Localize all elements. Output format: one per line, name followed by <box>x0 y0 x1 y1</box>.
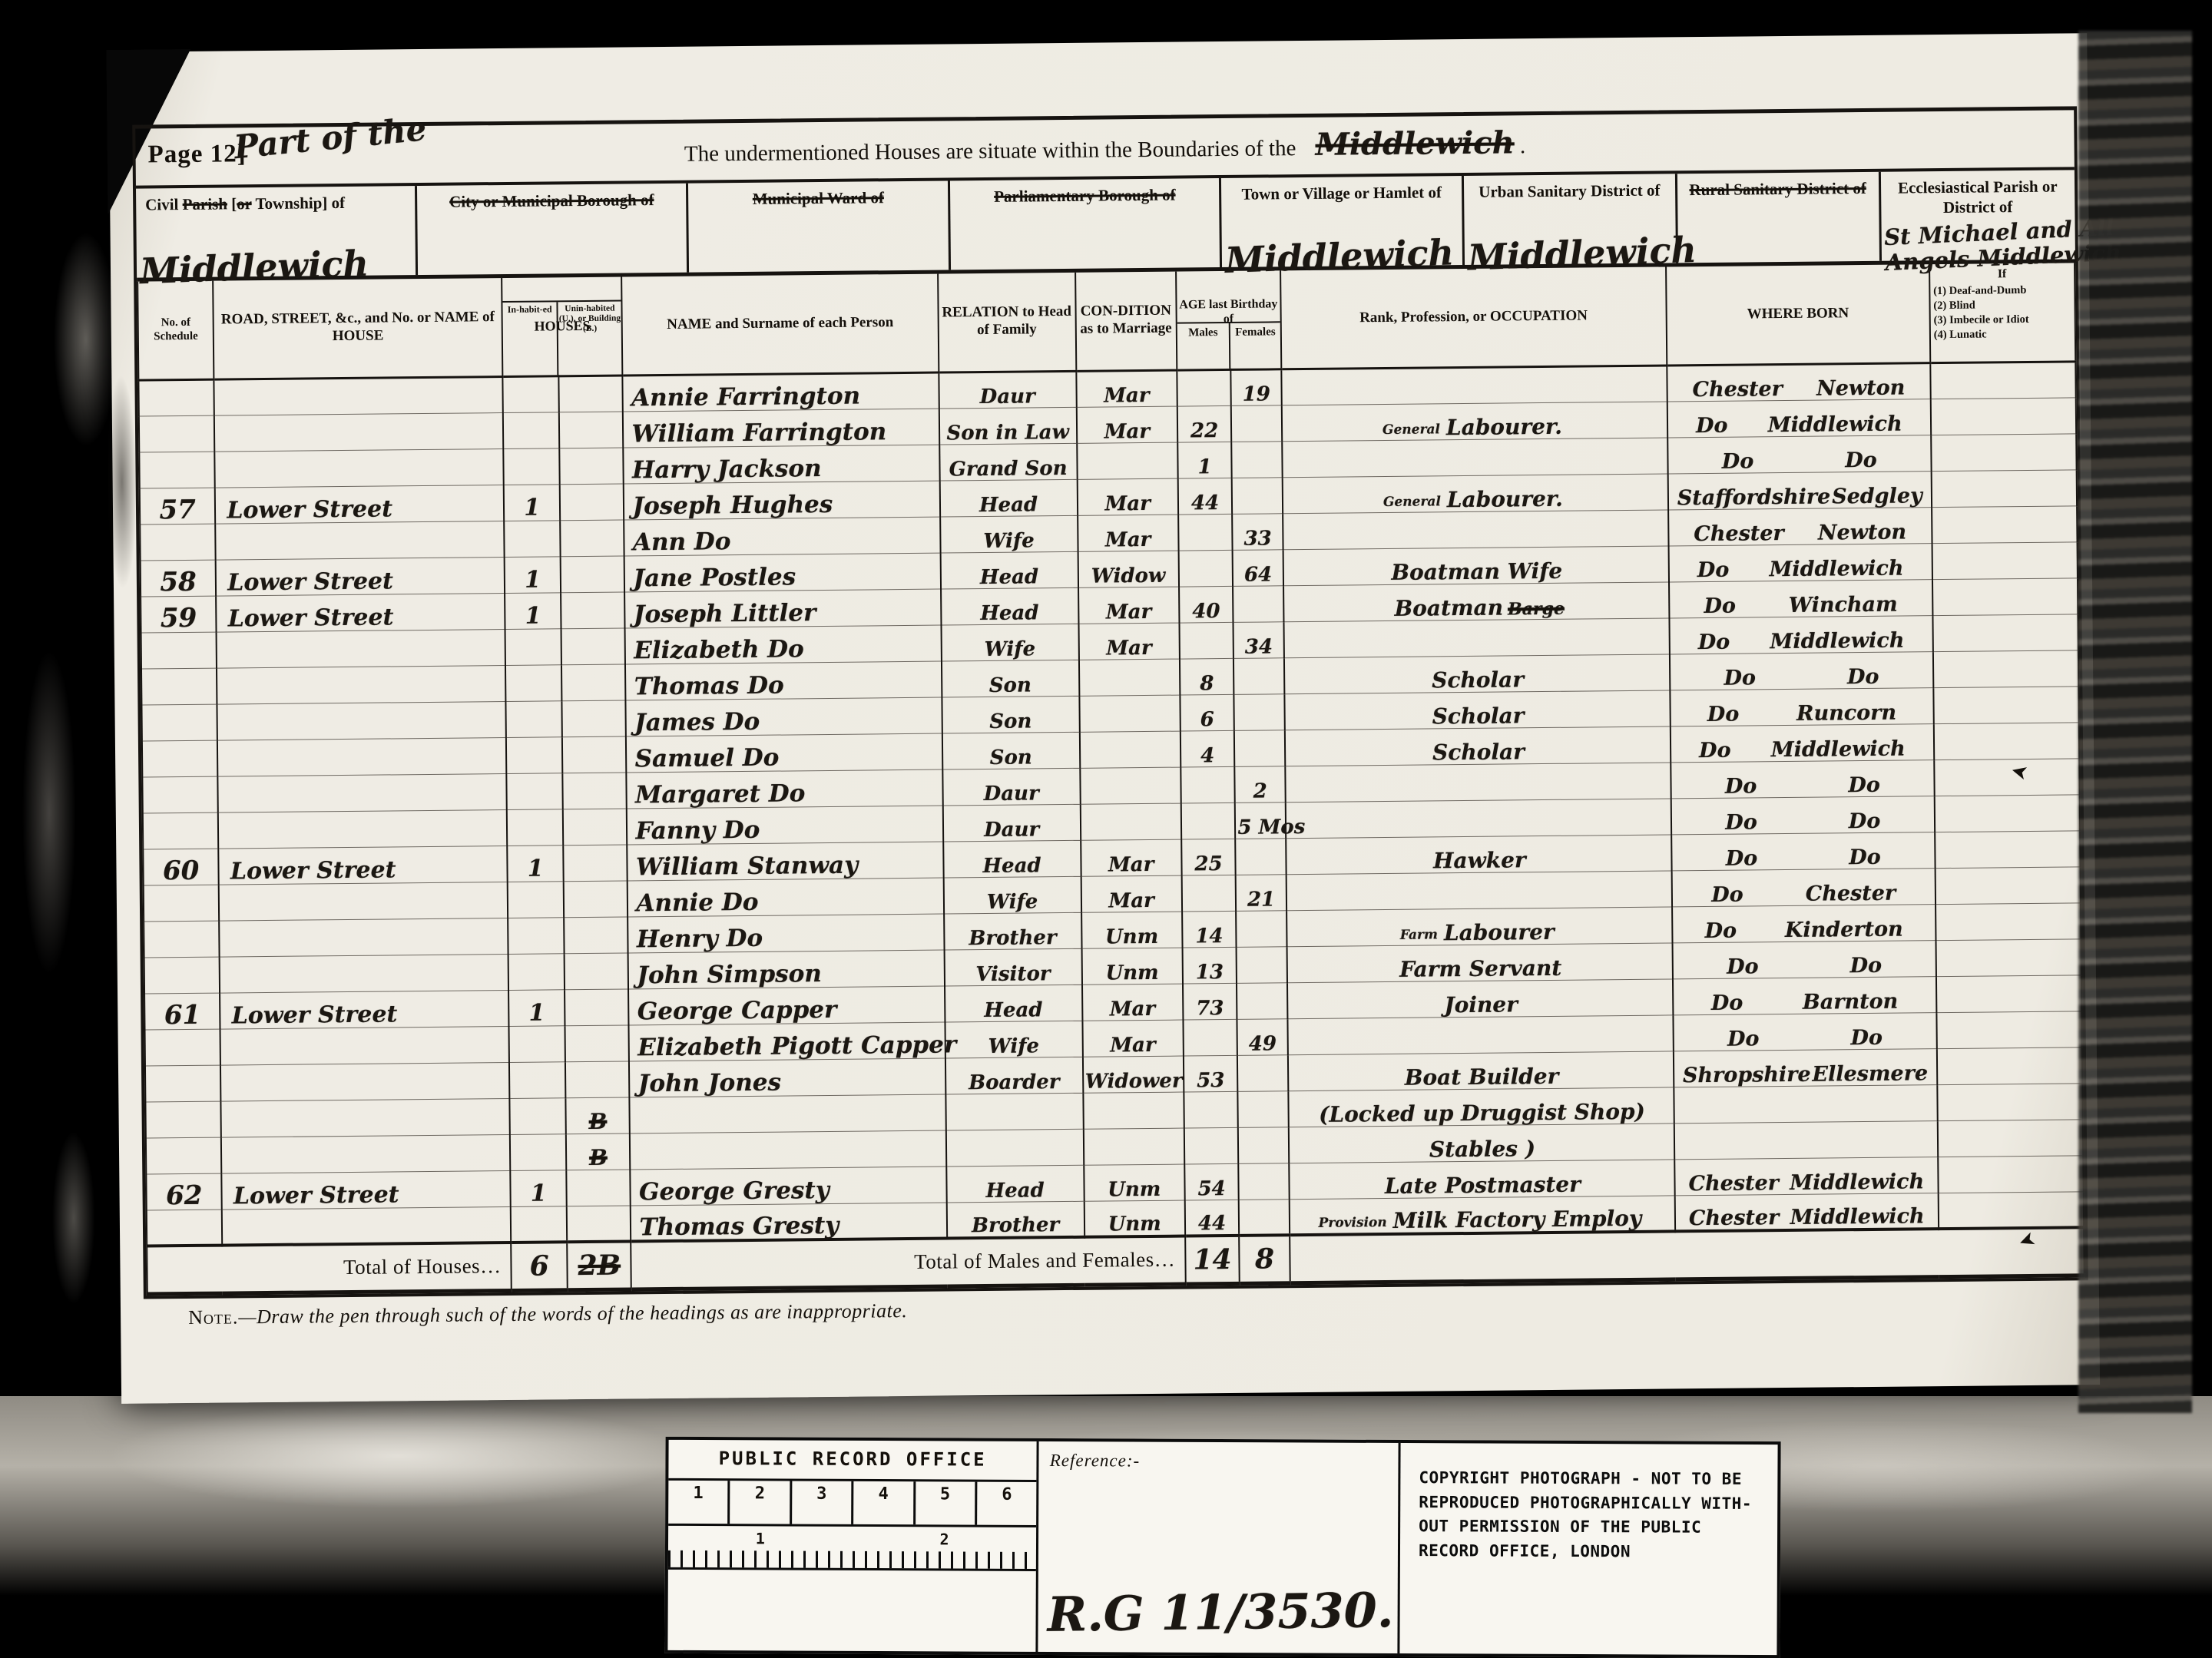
age-female-cell <box>1233 585 1283 622</box>
born-county: Do <box>1697 561 1730 581</box>
infirmities-cell <box>1930 361 2076 399</box>
road-street-cell <box>216 521 505 560</box>
totals-empty-cell <box>1290 1227 2085 1282</box>
occupation-cell: Late Postmaster <box>1289 1159 1674 1199</box>
where-born-cell: DoChester <box>1671 868 1935 906</box>
road-street-cell <box>220 954 508 993</box>
occupation-text: Labourer. <box>1447 486 1563 512</box>
born-county: Do <box>1699 741 1731 761</box>
road-street-cell <box>222 1206 511 1246</box>
schedule-number-cell: 57 <box>140 488 216 525</box>
schedule-number-cell <box>142 740 218 777</box>
uninhabited-cell <box>563 808 628 845</box>
born-county: Do <box>1698 633 1730 653</box>
uninhabited-cell <box>560 448 624 485</box>
infirmities-cell <box>1934 722 2080 760</box>
urban-sanitary-value: Middlewich <box>1467 233 1676 276</box>
occupation-text: Stables ) <box>1429 1136 1535 1162</box>
boundary-statement: The undermentioned Houses are situate wi… <box>135 119 2074 174</box>
road-street-cell <box>217 701 506 740</box>
occupation-text: Boatman <box>1394 594 1503 621</box>
age-female-cell <box>1233 657 1284 694</box>
ruler-number: 2 <box>939 1527 949 1553</box>
schedule-number-cell <box>141 632 217 669</box>
person-name-cell <box>630 1094 946 1133</box>
infirmities-cell <box>1932 614 2078 651</box>
scan-edge-right <box>2078 31 2192 1413</box>
road-street-cell <box>220 1026 509 1065</box>
relation-cell: Son <box>942 732 1079 769</box>
condition-cell: Unm <box>1084 1200 1185 1237</box>
ecclesiastical-parish-label: Ecclesiastical Parish or District of <box>1898 177 2058 217</box>
stamp-copyright-section: COPYRIGHT PHOTOGRAPH - NOT TO BE REPRODU… <box>1399 1443 1777 1655</box>
census-scan-page: { "header": { "page_label": "Page 12]", … <box>0 0 2212 1658</box>
public-record-office-title: PUBLIC RECORD OFFICE <box>668 1448 1036 1471</box>
road-street-cell <box>214 376 503 415</box>
age-male-cell <box>1178 550 1233 587</box>
census-form: Page 12] Part of the The undermentioned … <box>132 106 2088 1299</box>
born-place: Do <box>1848 776 1880 796</box>
urban-sanitary-label: Urban Sanitary District of <box>1479 181 1660 201</box>
person-name-cell: Henry Do <box>628 914 945 953</box>
infirmities-cell <box>1938 1119 2084 1157</box>
occupation-text: Scholar <box>1432 739 1525 765</box>
females-subheader: Females <box>1230 323 1280 368</box>
occupation-cell: Boat Builder <box>1288 1051 1674 1090</box>
occupation-cell: GeneralLabourer. <box>1283 473 1668 513</box>
town-village-value: Middlewich <box>1225 234 1463 278</box>
inhabited-cell <box>506 773 563 809</box>
ruler-number: 6 <box>977 1482 1037 1525</box>
inhabited-cell <box>508 917 565 954</box>
inhabited-cell <box>502 376 559 412</box>
person-name-cell: Ann Do <box>624 517 941 556</box>
infirmities-cell <box>1938 1155 2084 1193</box>
age-female-cell <box>1239 1199 1290 1236</box>
born-county: Chester <box>1692 379 1783 400</box>
uninhabited-cell <box>563 844 628 881</box>
born-county: Do <box>1711 993 1743 1013</box>
schedule-number-cell <box>142 776 218 813</box>
occupation-cell <box>1287 1014 1673 1054</box>
relation-cell: Wife <box>943 876 1081 914</box>
town-village-cell: Town or Village or Hamlet of Middlewich <box>1221 176 1465 267</box>
uninhabited-cell <box>564 880 628 917</box>
age-female-cell <box>1236 910 1286 947</box>
born-place: Do <box>1845 451 1877 471</box>
municipal-ward-label: Municipal Ward of <box>753 188 884 208</box>
ruler-number: 1 <box>756 1526 765 1552</box>
occupation-prefix: General <box>1382 422 1440 438</box>
ruler-inch-labels: 12 <box>668 1526 1036 1554</box>
inhabited-cell <box>510 1133 567 1170</box>
road-street-cell: Lower Street <box>219 846 508 885</box>
infirmities-cell <box>1931 397 2077 435</box>
occupation-cell <box>1286 798 1671 838</box>
footnote-text: —Draw the pen through such of the words … <box>238 1299 907 1328</box>
copyright-notice: COPYRIGHT PHOTOGRAPH - NOT TO BE REPRODU… <box>1419 1466 1767 1564</box>
occupation-cell: Scholar <box>1284 654 1670 693</box>
total-males-value: 14 <box>1185 1236 1240 1284</box>
relation-cell: Brother <box>946 1201 1084 1239</box>
inhabited-cell: 1 <box>505 592 561 629</box>
age-male-cell <box>1183 1019 1237 1056</box>
age-male-cell: 73 <box>1183 983 1237 1020</box>
condition-cell: Mar <box>1076 406 1177 443</box>
age-female-cell <box>1238 1127 1289 1163</box>
age-female-cell: 5 Mos <box>1235 802 1286 839</box>
condition-cell: Mar <box>1081 875 1182 912</box>
inhabited-cell <box>509 1025 566 1062</box>
uninhabited-cell <box>567 1169 631 1206</box>
condition-cell: Unm <box>1084 1164 1185 1201</box>
born-county: Do <box>1704 596 1736 616</box>
age-female-cell <box>1237 1054 1288 1091</box>
born-county: Do <box>1727 1029 1760 1049</box>
where-born-cell: DoWincham <box>1669 579 1932 617</box>
inhabited-cell <box>508 953 565 990</box>
condition-cell <box>1083 1092 1184 1129</box>
person-name-cell: John Jones <box>629 1058 945 1097</box>
road-street-cell <box>219 918 508 957</box>
schedule-number-cell: 58 <box>141 560 217 597</box>
uninhabited-cell <box>561 628 626 665</box>
age-male-cell: 8 <box>1180 658 1234 695</box>
born-county: Shropshire <box>1683 1065 1811 1086</box>
infirmities-cell <box>1936 938 2081 976</box>
relation-cell: Head <box>940 551 1078 589</box>
where-born-cell: ChesterMiddlewich <box>1674 1157 1938 1195</box>
ruler-number: 5 <box>916 1481 978 1524</box>
born-place: Do <box>1847 667 1879 687</box>
total-houses-label: Total of Houses… <box>147 1243 512 1294</box>
inhabited-cell: 1 <box>508 989 565 1026</box>
age-female-cell: 49 <box>1237 1018 1288 1055</box>
census-entries: Annie Farrington Daur Mar 19 ChesterNewt… <box>138 361 2084 1246</box>
schedule-number-cell <box>141 704 217 741</box>
where-born-cell: ChesterNewton <box>1667 362 1930 401</box>
occupation-cell: Stables ) <box>1289 1123 1674 1163</box>
infirmities-cell <box>1935 866 2081 904</box>
infirmities-cell <box>1934 794 2080 832</box>
inhabited-cell <box>505 628 562 665</box>
condition-cell <box>1079 695 1181 732</box>
road-street-cell <box>221 1134 510 1173</box>
district-header-row: Civil Parish [or Township] of Middlewich… <box>136 170 2075 281</box>
infirmities-cell <box>1932 505 2078 543</box>
inhabited-cell <box>511 1206 568 1243</box>
ecclesiastical-parish-cell: Ecclesiastical Parish or District of St … <box>1880 170 2075 260</box>
condition-cell: Mar <box>1082 984 1184 1021</box>
where-born-column-header: WHERE BORN <box>1666 264 1930 365</box>
schedule-number-cell <box>145 1029 221 1066</box>
infirmities-list: (1) Deaf-and-Dumb (2) Blind (3) Imbecile… <box>1933 283 2071 343</box>
inhabited-cell <box>504 520 561 557</box>
age-male-cell: 53 <box>1184 1055 1238 1092</box>
age-female-cell <box>1237 982 1287 1019</box>
road-street-cell <box>217 737 506 776</box>
uninhabited-cell <box>561 592 625 629</box>
where-born-cell <box>1674 1084 1937 1123</box>
age-male-cell <box>1177 369 1231 406</box>
age-male-cell: 54 <box>1184 1163 1239 1200</box>
person-name-cell: George Capper <box>628 986 945 1025</box>
person-name-cell: Annie Do <box>628 878 944 917</box>
infirmities-cell <box>1933 650 2079 687</box>
total-houses-value: 6 <box>511 1242 568 1290</box>
schedule-number-cell <box>139 415 215 452</box>
age-male-cell <box>1178 514 1233 551</box>
schedule-number-cell <box>139 452 215 488</box>
occupation-text: Scholar <box>1432 703 1524 729</box>
reference-number-handwriting: R.G 11/3530. <box>1047 1582 1394 1643</box>
rural-sanitary-cell: Rural Sanitary District of <box>1677 172 1881 263</box>
inhabited-cell <box>506 700 563 737</box>
occupation-struck-text: Barge <box>1508 599 1565 620</box>
relation-cell: Head <box>946 1165 1084 1203</box>
schedule-number-cell: 61 <box>144 993 220 1030</box>
uninhabited-cell <box>563 772 628 809</box>
occupation-cell <box>1286 870 1672 910</box>
person-name-cell <box>630 1130 946 1170</box>
infirmities-cell <box>1933 686 2079 723</box>
occupation-text: Boat Builder <box>1405 1064 1559 1090</box>
born-place: Do <box>1850 956 1883 976</box>
born-county: Do <box>1711 885 1743 905</box>
where-born-cell: DoRuncorn <box>1670 687 1933 726</box>
ruler-number: 1 <box>668 1481 730 1524</box>
born-place: Sedgley <box>1832 486 1922 507</box>
condition-cell: Mar <box>1078 587 1180 624</box>
uninhabited-cell <box>560 520 624 557</box>
relation-cell: Head <box>939 479 1077 517</box>
age-female-cell: 64 <box>1233 549 1283 586</box>
where-born-cell: DoKinderton <box>1672 904 1936 942</box>
stamp-ruler-section: PUBLIC RECORD OFFICE 123456 12 <box>667 1440 1038 1652</box>
schedule-column-header: No. of Schedule <box>137 281 214 380</box>
occupation-cell: Hawker <box>1286 834 1671 874</box>
person-name-cell: George Gresty <box>631 1167 947 1206</box>
age-female-cell <box>1234 730 1285 766</box>
age-male-cell <box>1184 1091 1238 1128</box>
person-name-cell: Fanny Do <box>627 806 943 845</box>
infirmities-cell <box>1936 902 2081 940</box>
where-born-cell: DoDo <box>1667 435 1931 473</box>
reference-label: Reference:- <box>1050 1451 1388 1472</box>
occupation-text: Labourer <box>1444 919 1555 945</box>
occupation-cell <box>1283 509 1668 549</box>
born-place: Middlewich <box>1770 630 1904 651</box>
occupation-prefix: Provision <box>1318 1215 1386 1231</box>
relation-cell: Head <box>945 985 1082 1022</box>
person-name-cell: William Farrington <box>623 409 939 448</box>
condition-cell: Unm <box>1081 912 1183 948</box>
condition-cell: Mar <box>1076 370 1177 407</box>
age-male-cell: 22 <box>1177 405 1232 442</box>
born-county: Do <box>1724 668 1756 688</box>
form-footnote: Note.—Draw the pen through such of the w… <box>188 1299 907 1329</box>
census-table: No. of Schedule ROAD, STREET, &c., and N… <box>137 263 2085 1296</box>
uninhabited-cell <box>567 1205 631 1242</box>
males-subheader: Males <box>1177 323 1230 369</box>
born-place: Middlewich <box>1790 1207 1925 1228</box>
relation-cell: Daur <box>939 371 1076 409</box>
municipal-borough-cell: City or Municipal Borough of <box>417 184 689 275</box>
uninhabited-cell <box>562 736 627 773</box>
person-name-cell: John Simpson <box>628 950 945 989</box>
age-male-cell <box>1179 622 1233 659</box>
born-place: Barnton <box>1803 991 1899 1012</box>
census-page-paper: Page 12] Part of the The undermentioned … <box>108 33 2100 1404</box>
condition-cell <box>1083 1128 1184 1165</box>
where-born-cell: DoMiddlewich <box>1669 615 1932 654</box>
relation-cell: Daur <box>942 804 1080 842</box>
born-place: Chester <box>1806 883 1896 904</box>
person-name-cell: Jane Postles <box>624 553 941 592</box>
born-county: Do <box>1705 921 1737 941</box>
ruler-number: 4 <box>853 1481 916 1524</box>
inhabited-cell <box>506 736 563 773</box>
occupation-cell: (Locked up Druggist Shop) <box>1288 1087 1674 1127</box>
age-male-cell: 44 <box>1177 478 1232 515</box>
where-born-cell: DoDo <box>1671 760 1934 798</box>
person-name-cell: Margaret Do <box>627 769 943 809</box>
age-female-cell: 33 <box>1232 513 1283 550</box>
infirmities-cell <box>1935 830 2081 868</box>
infirmities-cell <box>1932 577 2078 615</box>
born-place: Newton <box>1816 378 1905 399</box>
relation-cell: Brother <box>944 912 1081 950</box>
where-born-cell: DoMiddlewich <box>1668 543 1932 581</box>
relation-cell: Head <box>943 840 1081 878</box>
age-female-cell <box>1237 946 1287 983</box>
footnote-prefix: Note. <box>188 1306 239 1329</box>
infirmities-cell <box>1931 469 2077 507</box>
uninhabited-cell <box>560 484 624 521</box>
age-male-cell <box>1184 1127 1239 1164</box>
where-born-cell: StaffordshireSedgley <box>1667 471 1931 509</box>
occupation-text: (Locked up Druggist Shop) <box>1319 1099 1645 1127</box>
occupation-cell: Boatman Wife <box>1283 545 1668 585</box>
condition-cell: Widower <box>1083 1056 1184 1093</box>
scan-edge-left <box>0 69 123 1421</box>
age-female-cell: 34 <box>1233 621 1284 658</box>
civil-parish-cell: Civil Parish [or Township] of Middlewich <box>136 186 418 278</box>
where-born-cell: DoDo <box>1672 940 1936 978</box>
road-street-cell: Lower Street <box>222 1170 511 1210</box>
road-street-cell <box>217 665 505 704</box>
road-street-cell <box>215 448 504 488</box>
born-county: Chester <box>1689 1208 1780 1229</box>
uninhabited-cell <box>564 916 628 953</box>
age-female-cell <box>1232 477 1283 514</box>
born-county: Do <box>1726 849 1758 869</box>
relation-cell: Boarder <box>945 1057 1082 1094</box>
uninhabited-cell <box>559 412 624 448</box>
uninhabited-cell <box>565 1061 630 1097</box>
road-column-header: ROAD, STREET, &c., and No. or NAME of HO… <box>213 278 502 379</box>
municipal-ward-cell: Municipal Ward of <box>688 180 951 272</box>
uninhabited-subheader: Unin-habited (U.), or Building (B.) <box>558 302 622 375</box>
schedule-number-cell <box>138 379 214 416</box>
occupation-text: Late Postmaster <box>1385 1172 1581 1199</box>
condition-cell <box>1080 803 1181 840</box>
age-female-cell <box>1232 441 1283 478</box>
road-street-cell: Lower Street <box>215 485 504 524</box>
occupation-cell: BoatmanBarge <box>1283 581 1669 621</box>
where-born-cell: DoMiddlewich <box>1671 723 1934 762</box>
total-uninhabited-value: 2B <box>567 1241 631 1289</box>
boundary-value-handwriting: Middlewich <box>1315 124 1515 162</box>
occupation-text: Boatman Wife <box>1391 558 1562 585</box>
person-name-cell: Harry Jackson <box>624 445 940 484</box>
inhabited-subheader: In-habit-ed <box>503 302 559 375</box>
ruler-tick-marks <box>668 1550 1036 1571</box>
born-county: Do <box>1727 957 1759 977</box>
person-name-cell: Thomas Gresty <box>631 1203 947 1242</box>
where-born-cell: DoDo <box>1673 1012 1936 1051</box>
boundary-statement-period: . <box>1520 134 1526 158</box>
born-place: Middlewich <box>1769 558 1903 579</box>
age-male-cell: 13 <box>1182 947 1237 984</box>
born-place: Middlewich <box>1790 1172 1924 1193</box>
occupation-text: Farm Servant <box>1399 955 1561 982</box>
infirmities-column-header: If (1) Deaf-and-Dumb (2) Blind (3) Imbec… <box>1929 263 2075 362</box>
born-place: Runcorn <box>1796 703 1896 723</box>
born-county: Do <box>1696 416 1728 436</box>
relation-cell: Son in Law <box>939 407 1076 445</box>
road-street-cell <box>218 773 507 812</box>
age-female-cell <box>1239 1163 1290 1200</box>
road-street-cell <box>219 882 508 921</box>
town-village-label: Town or Village or Hamlet of <box>1242 183 1442 203</box>
born-place: Do <box>1850 1028 1883 1048</box>
relation-cell <box>945 1129 1083 1167</box>
relation-column-header: RELATION to Head of Family <box>938 273 1076 372</box>
uninhabited-cell <box>565 988 629 1025</box>
born-county: Do <box>1722 452 1754 472</box>
born-county: Chester <box>1694 524 1784 544</box>
parliamentary-borough-cell: Parliamentary Borough of <box>950 178 1222 270</box>
born-place: Do <box>1849 848 1881 868</box>
infirmities-cell <box>1936 975 2082 1012</box>
uninhabited-cell <box>565 1024 630 1061</box>
inhabited-cell <box>507 809 564 846</box>
relation-cell: Daur <box>942 768 1080 806</box>
relation-cell: Son <box>942 660 1079 697</box>
born-county: Do <box>1725 812 1757 832</box>
uninhabited-cell <box>562 700 627 736</box>
born-place: Ellesmere <box>1812 1064 1928 1084</box>
condition-cell: Mar <box>1077 478 1178 515</box>
where-born-cell: DoDo <box>1671 796 1935 834</box>
schedule-number-cell <box>143 812 219 849</box>
schedule-number-cell <box>141 668 217 705</box>
schedule-number-cell <box>144 885 220 922</box>
inhabited-cell <box>505 664 562 701</box>
column-headers: No. of Schedule ROAD, STREET, &c., and N… <box>137 263 2075 379</box>
civil-parish-label: Civil Parish [or Township] of <box>145 194 345 213</box>
occupation-cell: Farm Servant <box>1286 942 1672 982</box>
born-place: Wincham <box>1789 594 1898 615</box>
age-male-cell: 44 <box>1184 1200 1239 1236</box>
occupation-cell: Scholar <box>1285 726 1671 766</box>
condition-cell <box>1077 442 1178 479</box>
occupation-cell <box>1282 437 1667 477</box>
age-male-cell: 25 <box>1181 839 1236 875</box>
schedule-number-cell <box>145 1101 221 1138</box>
condition-cell: Mar <box>1078 623 1180 660</box>
